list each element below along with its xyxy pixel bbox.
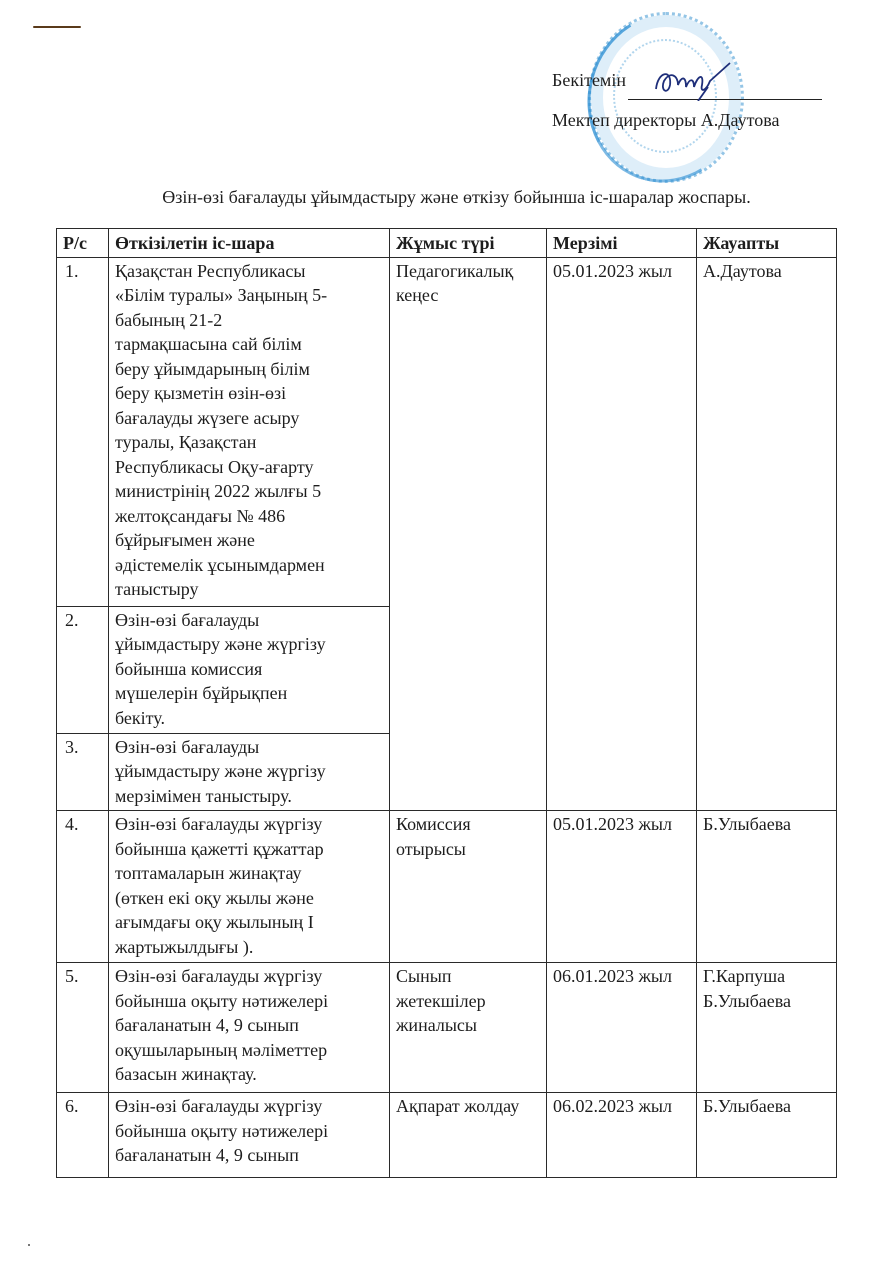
row-responsible: А.Даутова (697, 257, 837, 811)
row-responsible: Г.Карпуша Б.Улыбаева (697, 963, 837, 1093)
row-activity: Қазақстан Республикасы «Білім туралы» За… (109, 257, 390, 606)
table-row: 1. Қазақстан Республикасы «Білім туралы»… (57, 257, 837, 606)
row-work-type: Комиссия отырысы (390, 811, 547, 963)
row-activity: Өзін-өзі бағалауды жүргізу бойынша қажет… (109, 811, 390, 963)
row-responsible: Б.Улыбаева (697, 811, 837, 963)
row-deadline: 06.01.2023 жыл (547, 963, 697, 1093)
row-work-type: Ақпарат жолдау (390, 1093, 547, 1178)
header-deadline: Мерзімі (547, 229, 697, 258)
header-work-type: Жұмыс түрі (390, 229, 547, 258)
row-num: 3. (57, 733, 109, 811)
row-work-type: Сынып жетекшілер жиналысы (390, 963, 547, 1093)
row-activity: Өзін-өзі бағалауды ұйымдастыру және жүрг… (109, 733, 390, 811)
row-activity: Өзін-өзі бағалауды жүргізу бойынша оқыту… (109, 963, 390, 1093)
director-label: Мектеп директоры А.Даутова (552, 100, 822, 140)
table-row: 5. Өзін-өзі бағалауды жүргізу бойынша оқ… (57, 963, 837, 1093)
table-row: 4. Өзін-өзі бағалауды жүргізу бойынша қа… (57, 811, 837, 963)
row-num: 6. (57, 1093, 109, 1178)
table-header-row: Р/с Өткізілетін іс-шара Жұмыс түрі Мерзі… (57, 229, 837, 258)
header-responsible: Жауапты (697, 229, 837, 258)
approval-block: Бекітемін Мектеп директоры А.Даутова (552, 60, 822, 140)
row-num: 5. (57, 963, 109, 1093)
approve-label: Бекітемін (552, 60, 626, 100)
table-row: 6. Өзін-өзі бағалауды жүргізу бойынша оқ… (57, 1093, 837, 1178)
scan-mark (33, 26, 81, 28)
row-activity: Өзін-өзі бағалауды жүргізу бойынша оқыту… (109, 1093, 390, 1178)
signature-icon (648, 61, 738, 101)
row-num: 4. (57, 811, 109, 963)
scan-speck (28, 1244, 30, 1246)
signature-line (628, 77, 822, 100)
activities-table: Р/с Өткізілетін іс-шара Жұмыс түрі Мерзі… (56, 228, 837, 1178)
row-responsible: Б.Улыбаева (697, 1093, 837, 1178)
row-work-type: Педагогикалық кеңес (390, 257, 547, 811)
header-num: Р/с (57, 229, 109, 258)
row-num: 1. (57, 257, 109, 606)
row-deadline: 05.01.2023 жыл (547, 811, 697, 963)
row-deadline: 06.02.2023 жыл (547, 1093, 697, 1178)
document-title: Өзін-өзі бағалауды ұйымдастыру және өткі… (0, 187, 885, 208)
row-activity: Өзін-өзі бағалауды ұйымдастыру және жүрг… (109, 606, 390, 733)
header-activity: Өткізілетін іс-шара (109, 229, 390, 258)
row-deadline: 05.01.2023 жыл (547, 257, 697, 811)
row-num: 2. (57, 606, 109, 733)
